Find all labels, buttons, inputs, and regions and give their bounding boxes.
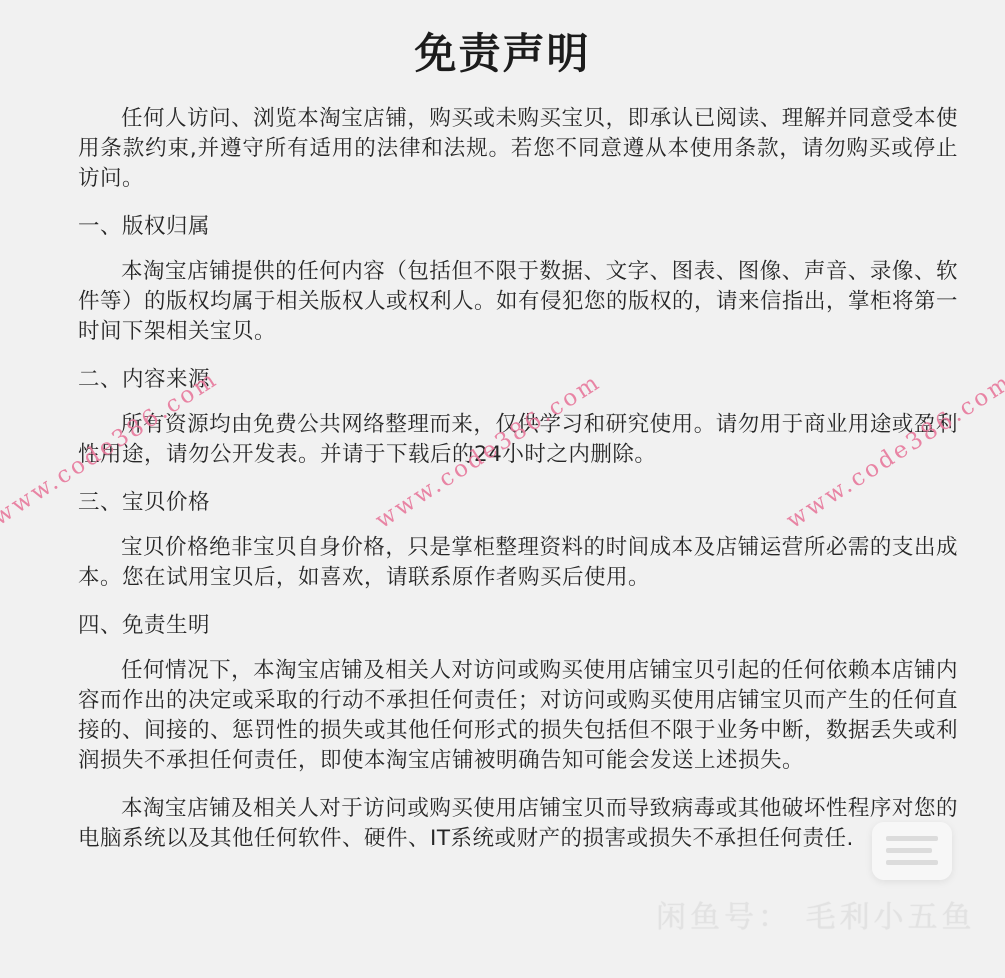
section-heading-disclaimer: 四、免责生明 — [78, 611, 958, 641]
document-body: 任何人访问、浏览本淘宝店铺，购买或未购买宝贝，即承认已阅读、理解并同意受本使用条… — [78, 104, 958, 854]
section-paragraph-price: 宝贝价格绝非宝贝自身价格，只是掌柜整理资料的时间成本及店铺运营所必需的支出成本。… — [78, 533, 958, 593]
section-heading-content-source: 二、内容来源 — [78, 365, 958, 395]
disclaimer-document: 免责声明 任何人访问、浏览本淘宝店铺，购买或未购买宝贝，即承认已阅读、理解并同意… — [0, 0, 1005, 978]
section-paragraph-disclaimer-1: 任何情况下，本淘宝店铺及相关人对访问或购买使用店铺宝贝引起的任何依赖本店铺内容而… — [78, 656, 958, 776]
document-title: 免责声明 — [0, 26, 1005, 82]
section-heading-price: 三、宝贝价格 — [78, 488, 958, 518]
xianyu-watermark: 闲鱼号： 毛利小五鱼 — [656, 892, 976, 936]
section-paragraph-content-source: 所有资源均由免费公共网络整理而来，仅供学习和研究使用。请勿用于商业用途或盈利性用… — [78, 410, 958, 470]
section-paragraph-disclaimer-2: 本淘宝店铺及相关人对于访问或购买使用店铺宝贝而导致病毒或其他破坏性程序对您的电脑… — [78, 794, 958, 854]
intro-paragraph: 任何人访问、浏览本淘宝店铺，购买或未购买宝贝，即承认已阅读、理解并同意受本使用条… — [78, 104, 958, 194]
xianyu-logo-icon — [872, 822, 952, 880]
section-heading-copyright: 一、版权归属 — [78, 212, 958, 242]
section-paragraph-copyright: 本淘宝店铺提供的任何内容（包括但不限于数据、文字、图表、图像、声音、录像、软件等… — [78, 257, 958, 347]
